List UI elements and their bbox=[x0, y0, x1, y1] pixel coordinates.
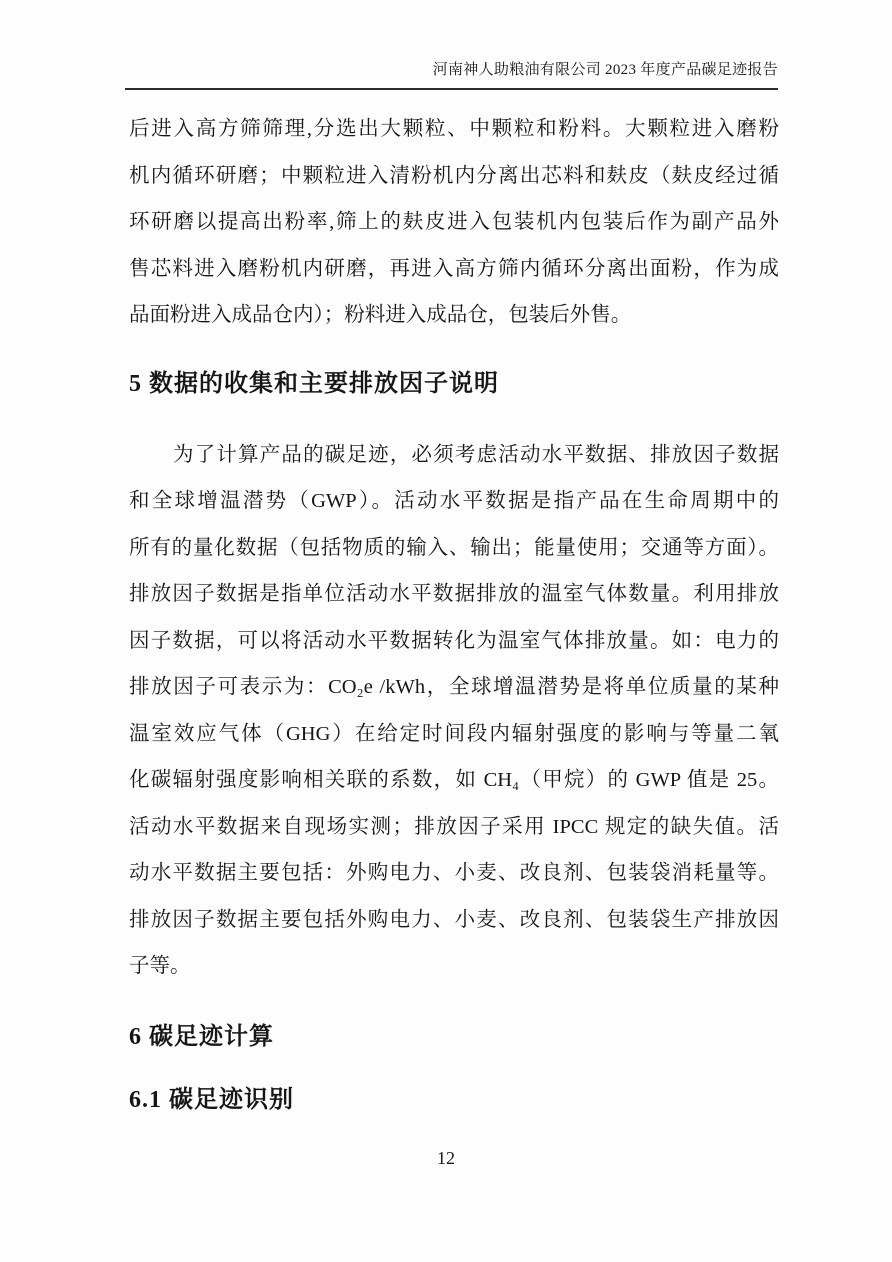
paragraph-line: 子等。 bbox=[129, 943, 779, 990]
paragraph-line: 机内循环研磨；中颗粒进入清粉机内分离出芯料和麸皮（麸皮经过循 bbox=[129, 153, 779, 200]
section-6-1-heading: 6.1 碳足迹识别 bbox=[129, 1082, 779, 1118]
paragraph-line: 为了计算产品的碳足迹，必须考虑活动水平数据、排放因子数据 bbox=[129, 432, 779, 479]
section-6-heading: 6 碳足迹计算 bbox=[129, 1019, 779, 1055]
data-collection-paragraph: 为了计算产品的碳足迹，必须考虑活动水平数据、排放因子数据 和全球增温潜势（GWP… bbox=[129, 432, 779, 990]
paragraph-line: 因子数据，可以将活动水平数据转化为温室气体排放量。如：电力的 bbox=[129, 618, 779, 665]
section-5-heading: 5 数据的收集和主要排放因子说明 bbox=[129, 366, 779, 402]
page-body: 后进入高方筛筛理,分选出大颗粒、中颗粒和粉料。大颗粒进入磨粉 机内循环研磨；中颗… bbox=[129, 106, 779, 1118]
paragraph-line: 品面粉进入成品仓内）；粉料进入成品仓，包装后外售。 bbox=[129, 292, 779, 339]
document-page: 河南神人助粮油有限公司 2023 年度产品碳足迹报告 后进入高方筛筛理,分选出大… bbox=[0, 0, 892, 1262]
paragraph-line: 后进入高方筛筛理,分选出大颗粒、中颗粒和粉料。大颗粒进入磨粉 bbox=[129, 106, 779, 153]
paragraph-line: 和全球增温潜势（GWP）。活动水平数据是指产品在生命周期中的 bbox=[129, 478, 779, 525]
page-header-title: 河南神人助粮油有限公司 2023 年度产品碳足迹报告 bbox=[125, 60, 778, 90]
paragraph-line: 动水平数据主要包括：外购电力、小麦、改良剂、包装袋消耗量等。 bbox=[129, 850, 779, 897]
paragraph-line: 排放因子数据是指单位活动水平数据排放的温室气体数量。利用排放 bbox=[129, 571, 779, 618]
paragraph-line: 化碳辐射强度影响相关联的系数，如 CH₄（甲烷）的 GWP 值是 25。 bbox=[129, 757, 779, 804]
milling-process-paragraph: 后进入高方筛筛理,分选出大颗粒、中颗粒和粉料。大颗粒进入磨粉 机内循环研磨；中颗… bbox=[129, 106, 779, 339]
paragraph-line: 售芯料进入磨粉机内研磨，再进入高方筛内循环分离出面粉，作为成 bbox=[129, 246, 779, 293]
paragraph-line: 所有的量化数据（包括物质的输入、输出；能量使用；交通等方面）。 bbox=[129, 525, 779, 572]
paragraph-line: 排放因子可表示为：CO₂e /kWh，全球增温潜势是将单位质量的某种 bbox=[129, 664, 779, 711]
paragraph-line: 排放因子数据主要包括外购电力、小麦、改良剂、包装袋生产排放因 bbox=[129, 897, 779, 944]
paragraph-line: 活动水平数据来自现场实测；排放因子采用 IPCC 规定的缺失值。活 bbox=[129, 804, 779, 851]
paragraph-line: 温室效应气体（GHG）在给定时间段内辐射强度的影响与等量二氧 bbox=[129, 711, 779, 758]
page-number: 12 bbox=[0, 1146, 892, 1170]
paragraph-line: 环研磨以提高出粉率,筛上的麸皮进入包装机内包装后作为副产品外 bbox=[129, 199, 779, 246]
